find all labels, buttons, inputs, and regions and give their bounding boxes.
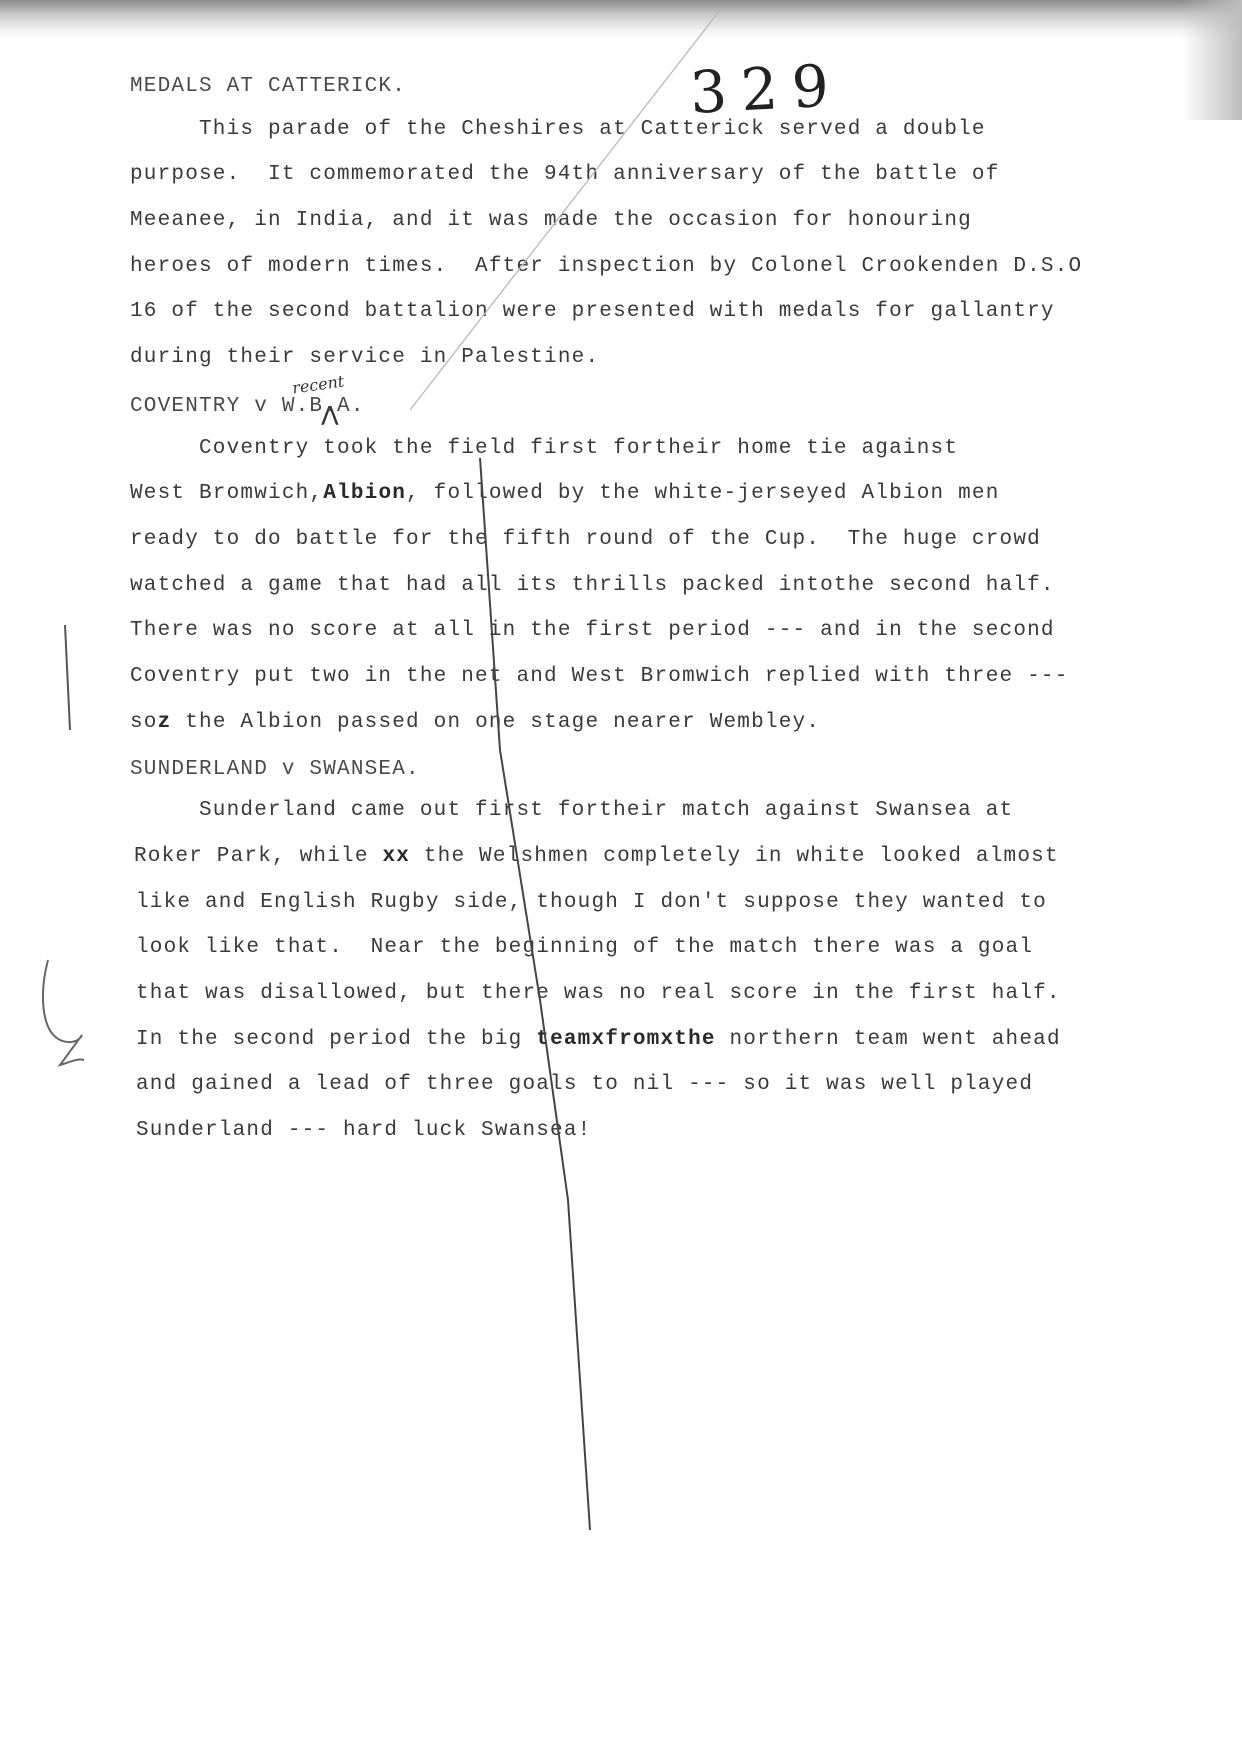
- margin-scribble-mark: [43, 960, 84, 1065]
- diagonal-pen-line: [410, 10, 720, 410]
- margin-line-mark: [65, 625, 70, 730]
- vertical-pen-line: [480, 458, 590, 1530]
- pen-marks-layer: [0, 0, 1242, 1753]
